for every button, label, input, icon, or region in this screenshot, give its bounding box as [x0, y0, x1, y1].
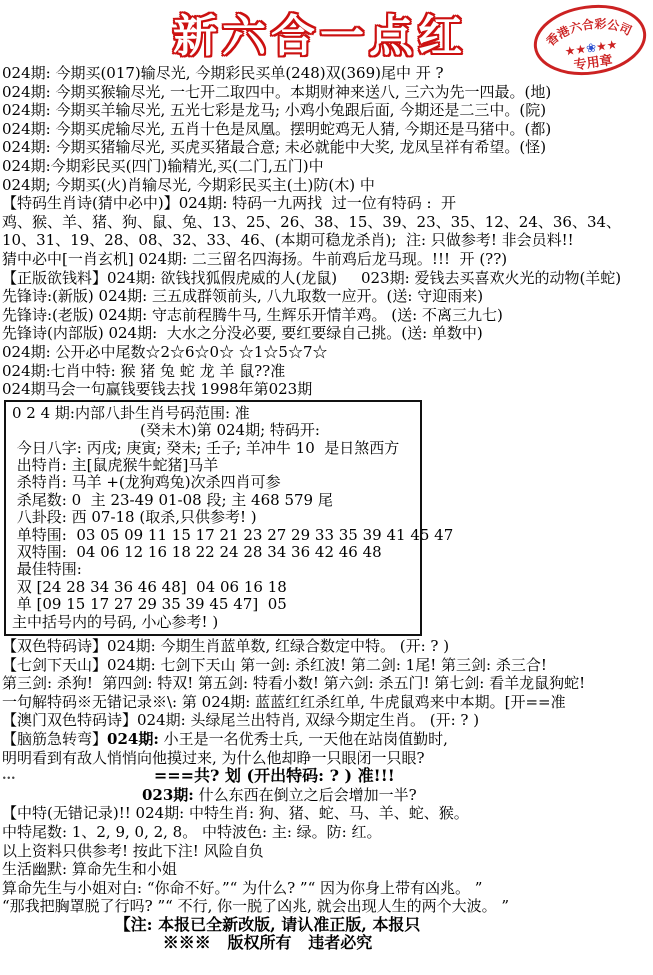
bagua-line: 杀尾数: 0 主 23-49 01-08 段; 主 468 579 尾 [12, 492, 414, 509]
tail-numbers-line: 024期: 公开必中尾数☆2☆6☆0☆ ☆1☆5☆7☆ [2, 343, 653, 362]
bagua-line: 杀特肖: 马羊 +(龙狗鸡兔)次杀四肖可参 [12, 474, 414, 491]
bagua-line: 最佳特围: [12, 561, 414, 578]
brainteaser-line: 【脑筋急转弯】024期: 小王是一名优秀士兵, 一天他在站岗值勤时, [2, 730, 653, 749]
zhongte-line: 中特尾数: 1、2, 9, 0, 2, 8。 中特波色: 主: 绿。防: 红。 [2, 823, 653, 842]
one-zodiac-mystery-line: 猜中必中[一肖玄机] 024期: 二三留名四海扬。牛前鸡后龙马现。!!! 开 (… [2, 250, 653, 269]
seven-zodiac-line: 024期:七肖中特: 猴 猪 兔 蛇 龙 羊 鼠??准 [2, 362, 653, 381]
q023-text: 什么东西在倒立之后会增加一半? [194, 786, 417, 804]
brainteaser-label: 【脑筋急转弯】 [2, 730, 107, 748]
bagua-line: 双 [24 28 34 36 46 48] 04 06 16 18 [12, 579, 414, 596]
pioneer-poem-internal: 先锋诗(内部版) 024期: 大水之分没必要, 要红要绿自己挑。(送: 单数中) [2, 324, 653, 343]
main-text-block: 024期: 今期买(017)输尽光, 今期彩民买单(248)双(369)尾中 开… [0, 63, 653, 953]
seal-stars-right: ★★ [595, 37, 618, 54]
one-sentence-special-line: 一句解特码※无错记录※\: 第 024期: 蓝蓝红红杀红单, 牛虎鼠鸡来中本期。… [2, 693, 653, 712]
bagua-line: 今日八字: 丙戌; 庚寅; 癸未; 壬子; 羊冲牛 10 是日煞西方 [12, 440, 414, 457]
lottery-tip-sheet: 新六合一点红 香港六合彩公司 ★★❀★★ 专用章 024期: 今期买(017)输… [0, 0, 653, 975]
humor-title-line: 生活幽默: 算命先生和小姐 [2, 860, 653, 879]
q023-line: 023期: 什么东西在倒立之后会增加一半? [2, 786, 653, 805]
humor-line: “那我把胸罩脱了行吗? ”“ 不行, 你一脱了凶兆, 就会出现人生的两个大波。 … [2, 897, 653, 916]
bagua-line: 单 [09 15 17 27 29 35 39 45 47] 05 [12, 596, 414, 613]
pioneer-poem-old: 先锋诗:(老版) 024期: 守志前程腾牛马, 生辉乐开情羊鸡。 (送: 不离三… [2, 306, 653, 325]
tip-line: 024期: 今期买(017)输尽光, 今期彩民买单(248)双(369)尾中 开… [2, 64, 653, 83]
bagua-line: 八卦段: 西 07-18 (取杀,只供参考! ) [12, 509, 414, 526]
tip-line: 024期: 今期买虎输尽光, 五肖十色是凤凰。摆明蛇鸡无人猜, 今期还是马猪中。… [2, 120, 653, 139]
bagua-line: 主中括号内的号码, 小心参考! ) [12, 614, 414, 631]
tip-line: 024期; 今期买(火)肖输尽光, 今期彩民买主(土)防(木) 中 [2, 176, 653, 195]
zodiac-number-list: 10、31、19、28、08、32、33、46、(本期可稳龙杀肖); 注: 只做… [2, 231, 653, 250]
q023-issue: 023期: [142, 786, 194, 804]
header: 新六合一点红 香港六合彩公司 ★★❀★★ 专用章 [0, 0, 653, 63]
seven-swords-line: 第三剑: 杀狗! 第四剑: 特双! 第五剑: 特看小数! 第六剑: 杀五门! 第… [2, 674, 653, 693]
double-color-poem-line: 【双色特码诗】024期: 今期生肖蓝单数, 红绿合数定中特。 (开: ? ) [2, 637, 653, 656]
answer-text: ===共? 划 (开出特码: ? ) 准!!! [154, 766, 395, 785]
seven-swords-line: 【七剑下天山】024期: 七剑下天山 第一剑: 杀红波! 第二剑: 1尾! 第三… [2, 656, 653, 675]
tip-line: 024期: 今期买羊输尽光, 五光七彩是龙马; 小鸡小兔跟后面, 今期还是二三中… [2, 101, 653, 120]
humor-line: 算命先生与小姐对白: “你命不好。”“ 为什么? ”“ 因为你身上带有凶兆。 ” [2, 879, 653, 898]
brainteaser-answer-line: ...===共? 划 (开出特码: ? ) 准!!! [2, 767, 653, 786]
brainteaser-issue: 024期: [107, 730, 159, 748]
money-seeking-line: 【正版欲钱料】024期: 欲钱找狐假虎威的人(龙鼠) 023期: 爱钱去买喜欢火… [2, 269, 653, 288]
macau-poem-line: 【澳门双色特码诗】024期: 头绿尾兰出特肖, 双绿今期定生肖。 (开: ? ) [2, 711, 653, 730]
bagua-line: 单特围: 03 05 09 11 15 17 21 23 27 29 33 35… [12, 527, 414, 544]
bagua-line: 出特肖: 主[鼠虎猴牛蛇猪]马羊 [12, 457, 414, 474]
brainteaser-line2: 明明看到有敌人悄悄向他摸过来, 为什么他却睁一只眼闭一只眼? [2, 749, 653, 768]
tip-line: 024期: 今期买猴输尽光, 一七开二取四中。本期财神来送八, 三六为先一四最。… [2, 83, 653, 102]
zhongte-line: 【中特(无错记录)!! 024期: 中特生肖: 狗、猪、蛇、马、羊、蛇、猴。 [2, 804, 653, 823]
bagua-line: 双特围: 04 06 12 16 18 22 24 28 34 36 42 46… [12, 544, 414, 561]
ellipsis-mark: ... [2, 767, 16, 786]
bagua-line: 0 2 4 期:内部八卦生肖号码范围: 准 [12, 405, 414, 422]
brainteaser-text: 小王是一名优秀士兵, 一天他在站岗值勤时, [159, 730, 448, 748]
copyright-line: ※※※ 版权所有 违者必究 [2, 934, 653, 953]
bagua-line: (癸未木)第 024期; 特码开: [12, 422, 414, 439]
page-title: 新六合一点红 [100, 0, 540, 64]
disclaimer-line: 以上资料只供参考! 按此下注! 风险自负 [2, 842, 653, 861]
edition-note-line: 【注: 本报已全新改版, 请认准正版, 本报只 [2, 916, 653, 935]
pioneer-poem-new: 先锋诗:(新版) 024期: 三五成群领前头, 八九取数一应开。(送: 守迎雨来… [2, 287, 653, 306]
bagua-zodiac-box: 0 2 4 期:内部八卦生肖号码范围: 准 (癸未木)第 024期; 特码开: … [4, 400, 422, 636]
zodiac-number-list: 鸡、猴、羊、猪、狗、鼠、兔、13、25、26、38、15、39、23、35、12… [2, 213, 653, 232]
zodiac-poem-header: 【特码生肖诗(猜中必中)】024期: 特码一九两找 过一位有特码 : 开 [2, 194, 653, 213]
tip-line: 024期: 今期买猪输尽光, 买虎买猪最合意; 未必就能中大奖, 龙凤呈祥有希望… [2, 138, 653, 157]
jockey-club-line: 024期马会一句赢钱要钱去找 1998年第023期 [2, 380, 653, 399]
tip-line: 024期:今期彩民买(四门)输精光,买(二门,五门)中 [2, 157, 653, 176]
